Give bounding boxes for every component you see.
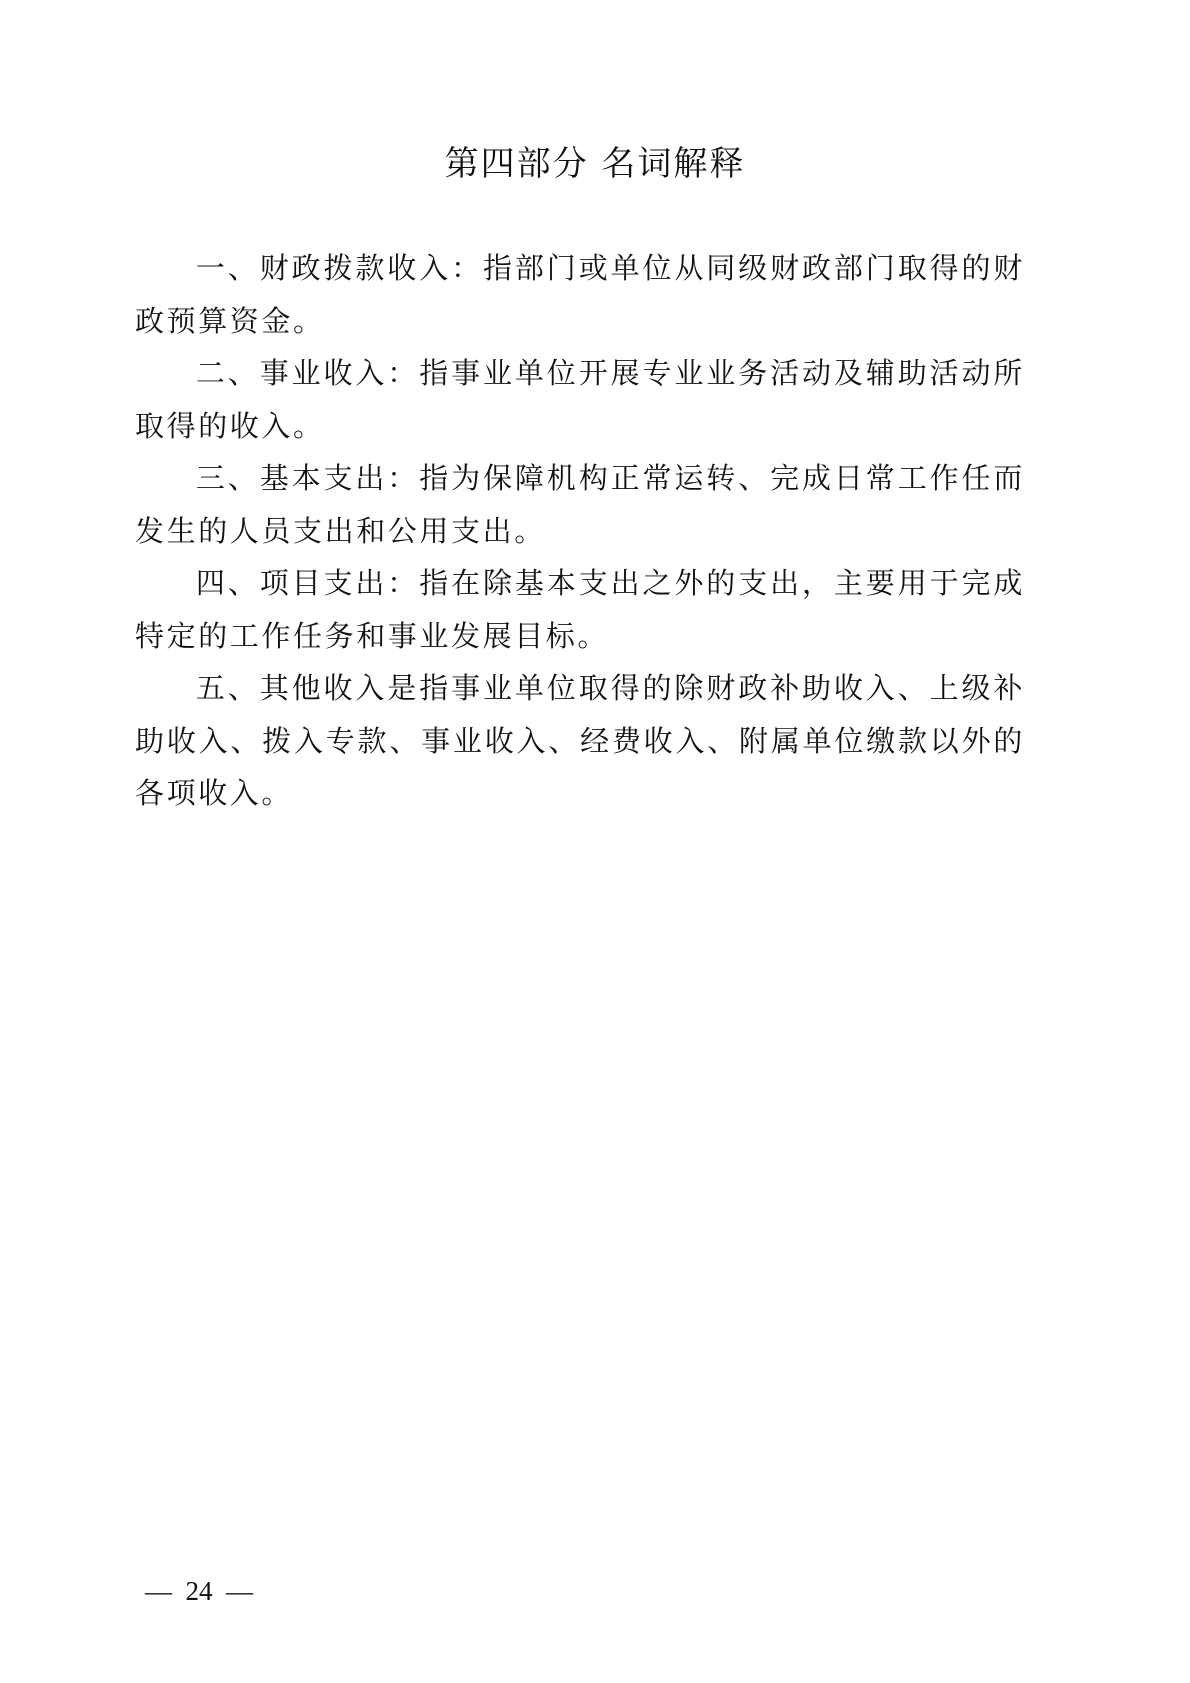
- page-title: 第四部分 名词解释: [0, 138, 1190, 190]
- definition-paragraph-5: 五、其他收入是指事业单位取得的除财政补助收入、上级补助收入、拨入专款、事业收入、…: [135, 662, 1025, 820]
- page-number: — 24 —: [145, 1574, 253, 1608]
- definition-paragraph-3: 三、基本支出：指为保障机构正常运转、完成日常工作任而发生的人员支出和公用支出。: [135, 452, 1025, 557]
- document-body: 一、财政拨款收入：指部门或单位从同级财政部门取得的财政预算资金。 二、事业收入：…: [135, 242, 1025, 820]
- definition-paragraph-1: 一、财政拨款收入：指部门或单位从同级财政部门取得的财政预算资金。: [135, 242, 1025, 347]
- definition-paragraph-2: 二、事业收入：指事业单位开展专业业务活动及辅助活动所取得的收入。: [135, 347, 1025, 452]
- definition-paragraph-4: 四、项目支出：指在除基本支出之外的支出，主要用于完成特定的工作任务和事业发展目标…: [135, 557, 1025, 662]
